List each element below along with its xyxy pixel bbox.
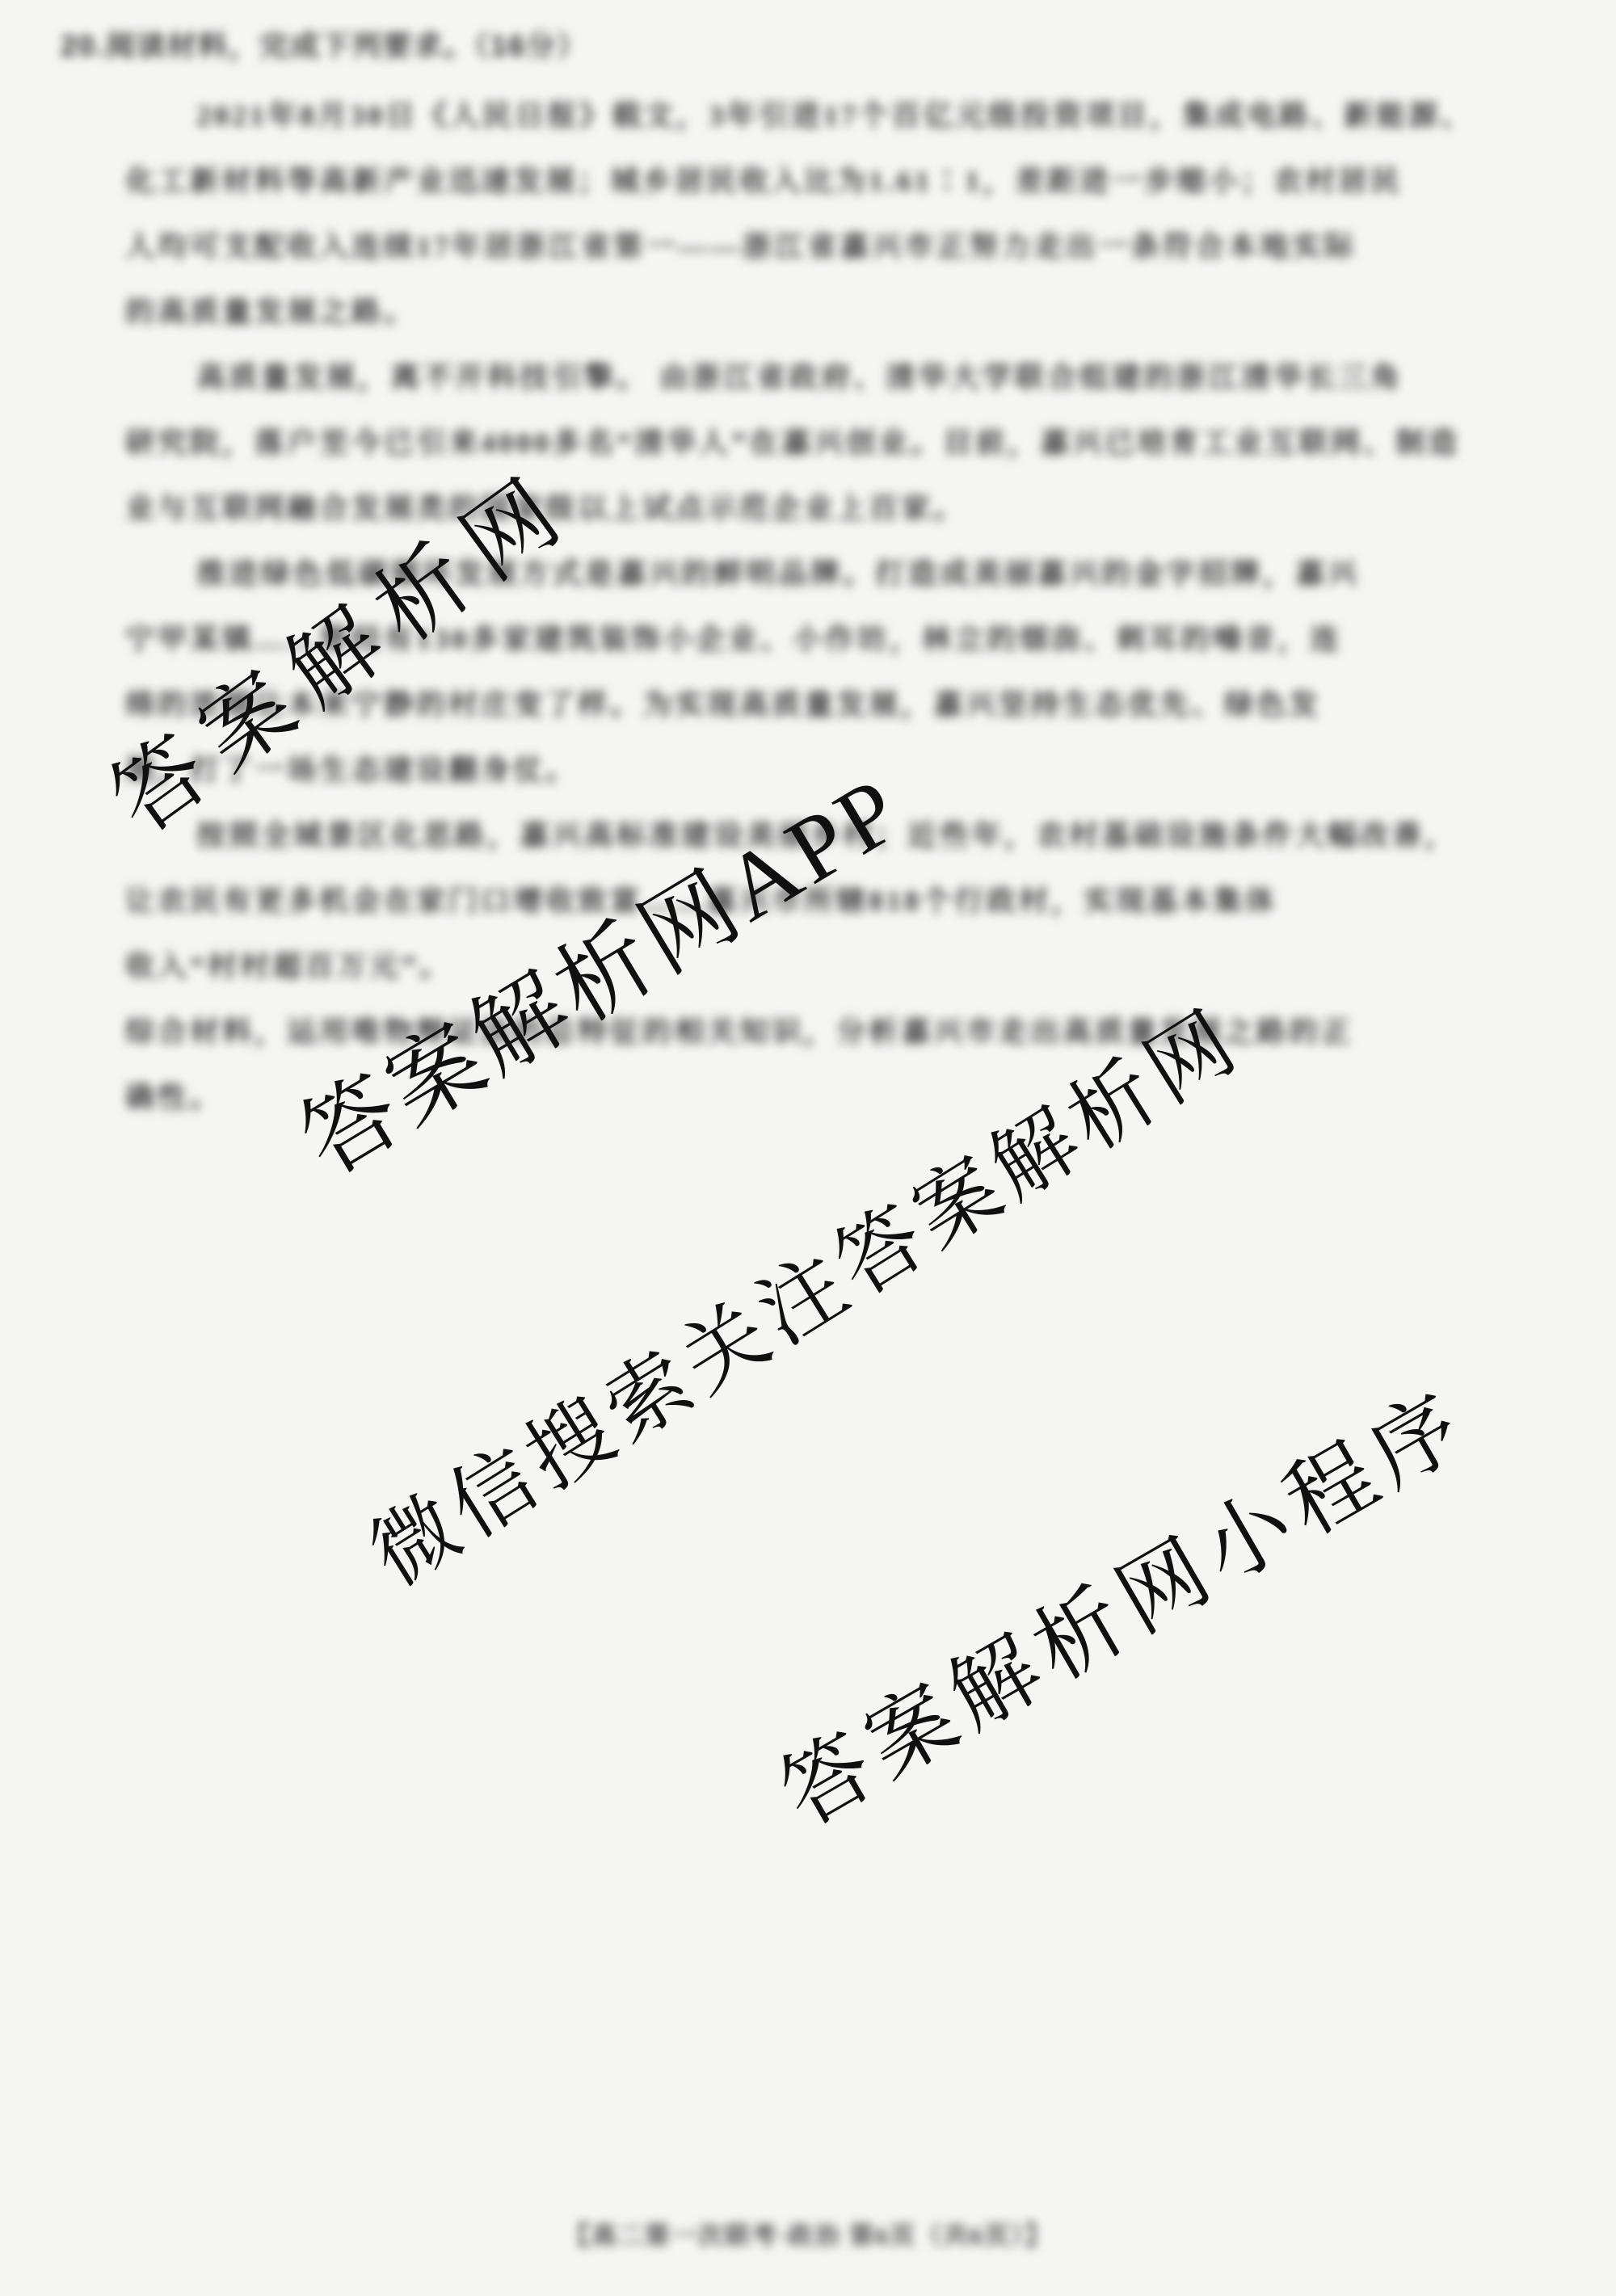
- body-line: 综合材料，运用唯物辩证法的总特征的相关知识，分析嘉兴市走出高质量发展之路的正: [125, 999, 1616, 1065]
- scanned-exam-page: 20.阅读材料，完成下列要求。（16分） 2021年8月30日《人民日报》载文，…: [0, 0, 1616, 2296]
- body-line: 业与互联网融合发展类的国家级以上试点示范企业上百家。: [125, 476, 1616, 541]
- body-line: 人均可支配收入连续17年居浙江省第一——浙江省嘉兴市正努力走出一条符合本地实际: [125, 214, 1616, 280]
- body-line: 收入“村村超百万元”。: [125, 934, 1616, 999]
- body-line: 的高质量发展之路。: [125, 280, 1616, 345]
- body-line: 让农民有更多机会在家门口增收致富……嘉兴市所辖818个行政村，实现基本集体: [125, 868, 1616, 934]
- page-footer: 【高二第一次联考·政治 第6页（共6页）】: [0, 2215, 1616, 2252]
- body-line: 推进绿色低碳循环发展方式是嘉兴的鲜明品牌。打造成美丽嘉兴的金字招牌，嘉兴: [196, 541, 1616, 607]
- body-line: 化工新材料等高新产业迅速发展；城乡居民收入比为1.61∶1，差距进一步缩小；农村…: [125, 149, 1616, 214]
- question-line: 20.阅读材料，完成下列要求。（16分）: [61, 13, 1616, 78]
- body-line: 按照全域景区化思路，嘉兴高标准建设美丽乡村；近些年，农村基础设施条件大幅改善，: [196, 803, 1616, 868]
- body-line: 2021年8月30日《人民日报》载文，3年引进17个百亿元级投资项目，集成电路、…: [196, 83, 1616, 149]
- exam-text-block: 20.阅读材料，完成下列要求。（16分） 2021年8月30日《人民日报》载文，…: [0, 13, 1616, 1130]
- watermark-mini-program: 答案解析网小程序: [755, 1353, 1489, 1849]
- body-line: 宁甲某镇……曾经有130多家建筑装饰小企业、小作坊，林立的烟囱、刺耳的噪音，连: [125, 607, 1616, 672]
- body-line: 研究院，落户至今已引来4000多名“清华人”在嘉兴创业。目前，嘉兴已培育工业互联…: [125, 410, 1616, 476]
- body-line: 高质量发展，离不开科技引擎。 由浙江省政府、清华大学联合组建的浙江清华长三角: [196, 345, 1616, 410]
- body-line: 确性。: [125, 1065, 1616, 1130]
- body-line: 展，打了一场生态建设翻身仗。: [125, 738, 1616, 803]
- body-line: 绵的浓烟让本来宁静的村庄变了样。为实现高质量发展，嘉兴坚持生态优先、绿色发: [125, 672, 1616, 738]
